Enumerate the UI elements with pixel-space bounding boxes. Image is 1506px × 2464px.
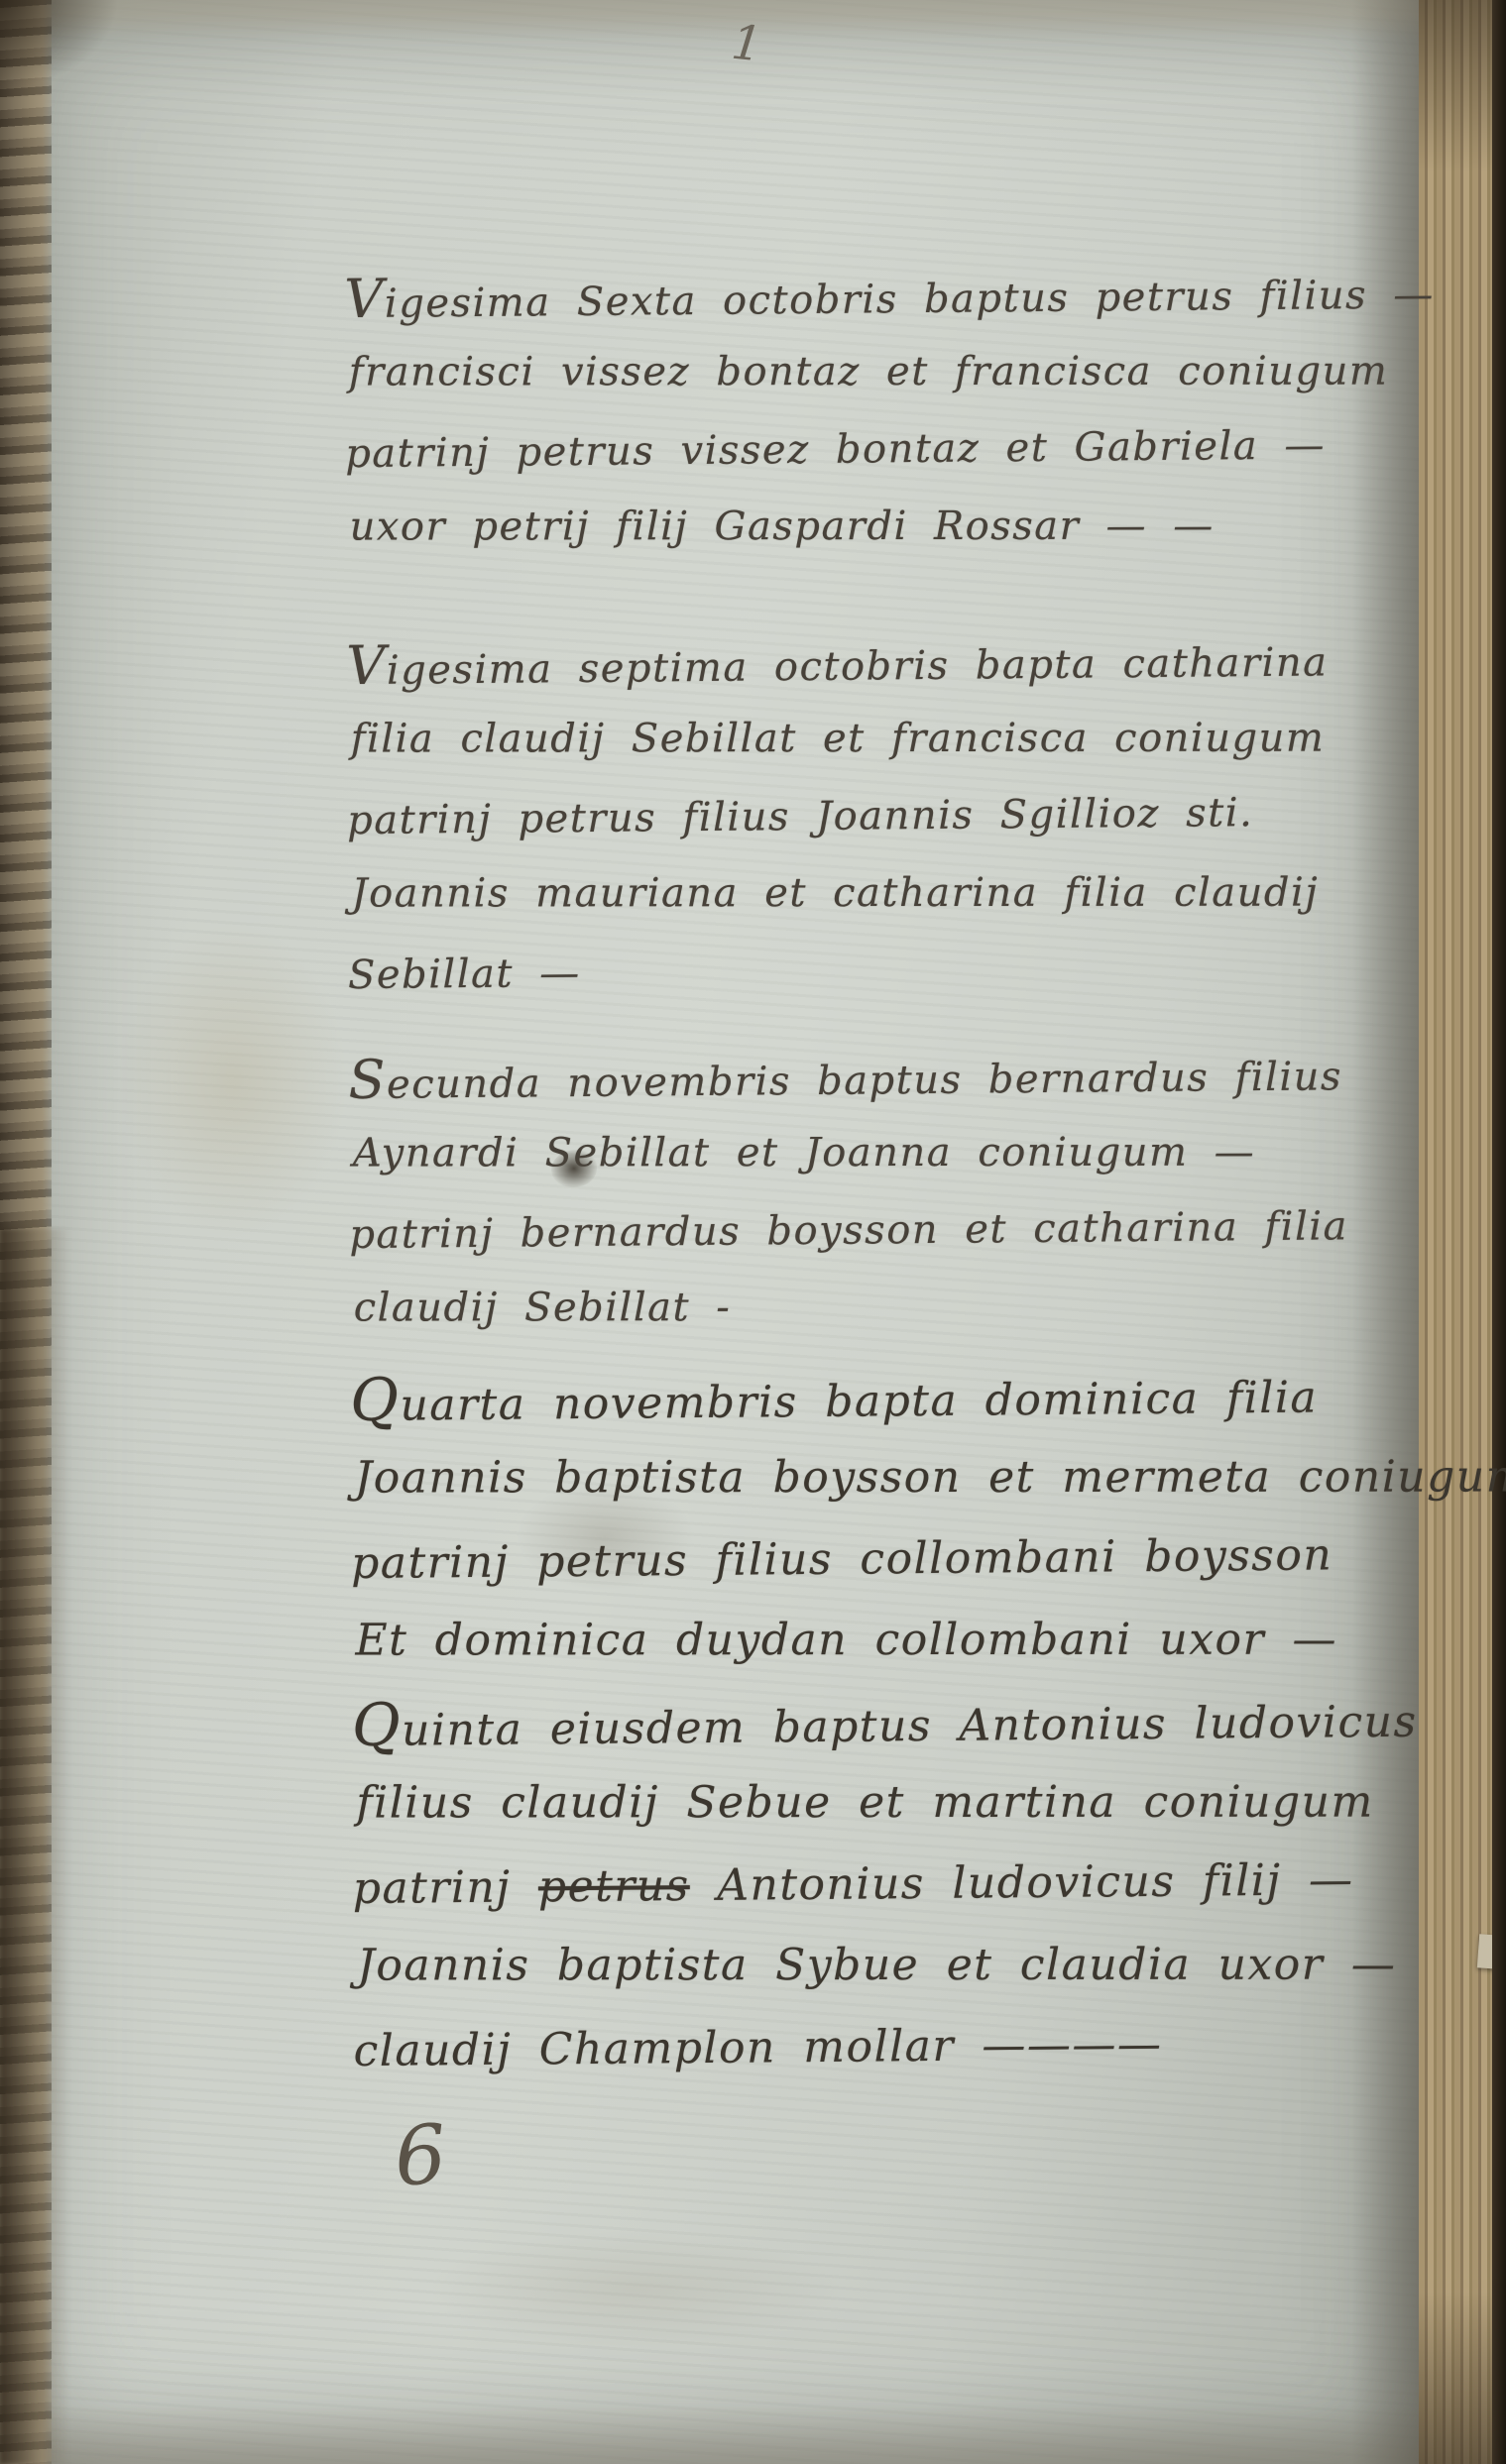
record-text: Joannis baptista boysson et mermeta coni…: [355, 1451, 1506, 1503]
record-text: Joannis mauriana et catharina filia clau…: [352, 870, 1320, 917]
record-line: claudij Champlon mollar ————: [353, 2001, 1504, 2092]
record-text: Secunda novembris baptus bernardus filiu…: [348, 1054, 1342, 1108]
record-line: Et dominica duydan collombani uxor —: [355, 1599, 1505, 1681]
record-text: patrinj bernardus boysson et catharina f…: [349, 1203, 1348, 1258]
record-text: patrinj petrus filius Joannis Sgillioz s…: [347, 790, 1254, 843]
baptism-record-3: Secunda novembris baptus bernardus filiu…: [348, 1034, 1500, 1349]
record-line: Secunda novembris baptus bernardus filiu…: [348, 1032, 1499, 1119]
record-text: claudij Champlon mollar ————: [353, 2019, 1162, 2076]
bottom-left-shadow: [0, 1229, 69, 2464]
record-line: patrinj bernardus boysson et catharina f…: [349, 1186, 1500, 1274]
record-line: uxor petrij filij Gaspardi Rossar — —: [350, 487, 1500, 565]
record-line: Quarta novembris bapta dominica filia: [350, 1351, 1501, 1442]
record-text: Antonius ludovicus filij —: [690, 1854, 1354, 1911]
record-text: filia claudij Sebillat et francisca coni…: [351, 716, 1326, 762]
record-text: Vigesima Sexta octobris baptus petrus fi…: [344, 272, 1435, 327]
record-text: Joannis baptista Sybue et claudia uxor —: [357, 1940, 1396, 1991]
record-text: filius claudij Sebue et martina coniugum: [356, 1777, 1373, 1829]
record-line: filius claudij Sebue et martina coniugum: [356, 1761, 1506, 1844]
record-line: patrinj petrus vissez bontaz et Gabriela…: [345, 405, 1496, 493]
record-text: Et dominica duydan collombani uxor —: [355, 1615, 1337, 1666]
paper-stain: [119, 922, 347, 1239]
record-line: patrinj petrus Antonius ludovicus filij …: [352, 1839, 1503, 1930]
baptism-record-1: Vigesima Sexta octobris baptus petrus fi…: [344, 253, 1496, 568]
top-left-shadow: [0, 0, 119, 89]
record-line: francisci vissez bontaz et francisca con…: [349, 333, 1499, 411]
record-text: Sebillat —: [348, 951, 581, 998]
record-text: francisci vissez bontaz et francisca con…: [349, 349, 1389, 395]
record-text: patrinj: [353, 1861, 539, 1914]
bottom-mark: 6: [392, 2107, 450, 2204]
record-line: filia claudij Sebillat et francisca coni…: [351, 699, 1501, 777]
record-line: Joannis baptista boysson et mermeta coni…: [355, 1436, 1505, 1518]
record-line: Joannis mauriana et catharina filia clau…: [351, 853, 1501, 932]
record-text: Quinta eiusdem baptus Antonius ludovicus: [352, 1697, 1418, 1756]
record-text: Aynardi Sebillat et Joanna coniugum —: [353, 1130, 1255, 1176]
record-text: claudij Sebillat -: [354, 1285, 732, 1330]
struck-word: petrus: [538, 1860, 690, 1912]
record-line: Sebillat —: [348, 927, 1499, 1014]
baptism-record-2: Vigesima septima octobris bapta catharin…: [346, 619, 1498, 1012]
record-line: Quinta eiusdem baptus Antonius ludovicus: [352, 1676, 1503, 1767]
records: Vigesima Sexta octobris baptus petrus fi…: [344, 253, 1504, 2090]
record-line: Vigesima Sexta octobris baptus petrus fi…: [344, 251, 1495, 338]
record-text: uxor petrij filij Gaspardi Rossar — —: [350, 504, 1215, 550]
record-line: patrinj petrus filius collombani boysson: [351, 1513, 1502, 1605]
photo-background: 1 Vigesima Sexta octobris baptus petrus …: [0, 0, 1506, 2464]
folio-number: 1: [729, 15, 764, 73]
record-line: Joannis baptista Sybue et claudia uxor —: [357, 1924, 1506, 2006]
baptism-record-5: Quinta eiusdem baptus Antonius ludovicus…: [352, 1678, 1504, 2090]
paper-stain: [426, 2230, 843, 2349]
record-line: Vigesima septima octobris bapta catharin…: [346, 617, 1497, 705]
record-text: patrinj petrus filius collombani boysson: [351, 1529, 1333, 1589]
record-text: Vigesima septima octobris bapta catharin…: [346, 639, 1328, 694]
record-text: patrinj petrus vissez bontaz et Gabriela…: [345, 422, 1326, 477]
record-line: patrinj petrus filius Joannis Sgillioz s…: [347, 772, 1498, 859]
record-line: claudij Sebillat -: [354, 1268, 1504, 1346]
baptism-record-4: Quarta novembris bapta dominica filiaJoa…: [350, 1353, 1502, 1684]
record-text: Quarta novembris bapta dominica filia: [350, 1373, 1318, 1432]
record-line: Aynardi Sebillat et Joanna coniugum —: [353, 1113, 1503, 1191]
